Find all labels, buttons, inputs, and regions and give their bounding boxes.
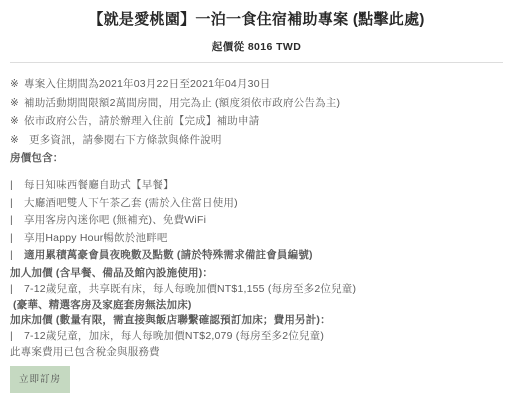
include-text: 每日知味西餐廳自助式【早餐】 [24, 177, 174, 195]
note-text: 補助活動期間限額2萬間房間，用完為止 (額度須依市政府公告為主) [24, 94, 340, 113]
extra-bed-item: | 7-12歲兒童，加床，每人每晚加價NT$2,079 (每房至多2位兒童) [10, 328, 503, 344]
note-marker: ※ [10, 112, 24, 131]
note-text: 專案入住期間為2021年03月22日至2021年04月30日 [24, 75, 270, 94]
promo-title[interactable]: 【就是愛桃園】一泊一食住宿補助專案 (點擊此處) [0, 0, 513, 30]
note-item: ※ 補助活動期間限額2萬間房間，用完為止 (額度須依市政府公告為主) [10, 94, 503, 113]
note-text: 依市政府公告，請於辦理入住前【完成】補助申請 [24, 112, 259, 131]
note-text: 更多資訊，請參閱右下方條款與條件說明 [24, 131, 222, 150]
surcharge-section: 加人加價 (含早餐、備品及館內設施使用)： | 7-12歲兒童，共享既有床，每人… [10, 265, 503, 360]
include-text: 適用累積萬豪會員夜晚數及點數 (請於特殊需求備註會員編號) [24, 247, 313, 265]
include-item: | 大廳酒吧雙人下午茶乙套 (需於入住當日使用) [10, 195, 503, 213]
divider [10, 62, 503, 63]
note-item: ※ 更多資訊，請參閱右下方條款與條件說明 [10, 131, 503, 150]
include-text: 享用Happy Hour暢飲於池畔吧 [24, 230, 168, 248]
include-item: | 享用客房內迷你吧 (無補充)、免費WiFi [10, 212, 503, 230]
promo-details: ※ 專案入住期間為2021年03月22日至2021年04月30日 ※ 補助活動期… [0, 75, 513, 393]
bullet-marker: | [10, 281, 24, 297]
include-item: | 享用Happy Hour暢飲於池畔吧 [10, 230, 503, 248]
room-includes-list: | 每日知味西餐廳自助式【早餐】 | 大廳酒吧雙人下午茶乙套 (需於入住當日使用… [10, 177, 503, 265]
bullet-marker: | [10, 328, 24, 344]
tax-note: 此專案費用已包含稅金與服務費 [10, 344, 503, 360]
notes-section: ※ 專案入住期間為2021年03月22日至2021年04月30日 ※ 補助活動期… [10, 75, 503, 149]
note-item: ※ 依市政府公告，請於辦理入住前【完成】補助申請 [10, 112, 503, 131]
extra-bed-text: 7-12歲兒童，加床，每人每晚加價NT$2,079 (每房至多2位兒童) [24, 328, 324, 344]
book-now-button[interactable]: 立即訂房 [10, 366, 70, 393]
price-from: 起價從 8016 TWD [0, 42, 513, 53]
include-text: 享用客房內迷你吧 (無補充)、免費WiFi [24, 212, 206, 230]
include-text: 大廳酒吧雙人下午茶乙套 (需於入住當日使用) [24, 195, 238, 213]
note-marker: ※ [10, 75, 24, 94]
note-marker: ※ [10, 131, 24, 150]
bullet-marker: | [10, 230, 24, 248]
bullet-marker: | [10, 212, 24, 230]
extra-bed-restriction-note: (豪華、精選客房及家庭套房無法加床) [10, 297, 503, 312]
bullet-marker: | [10, 247, 24, 265]
extra-person-heading: 加人加價 (含早餐、備品及館內設施使用)： [10, 265, 503, 281]
extra-person-item: | 7-12歲兒童，共享既有床，每人每晚加價NT$1,155 (每房至多2位兒童… [10, 281, 503, 297]
bullet-marker: | [10, 177, 24, 195]
extra-bed-heading: 加床加價 (數量有限，需直接與飯店聯繫確認預訂加床；費用另計)： [10, 312, 503, 328]
bullet-marker: | [10, 195, 24, 213]
room-includes-heading: 房價包含： [10, 149, 503, 167]
note-marker: ※ [10, 94, 24, 113]
include-item: | 每日知味西餐廳自助式【早餐】 [10, 177, 503, 195]
include-item: | 適用累積萬豪會員夜晚數及點數 (請於特殊需求備註會員編號) [10, 247, 503, 265]
note-item: ※ 專案入住期間為2021年03月22日至2021年04月30日 [10, 75, 503, 94]
promo-page: 【就是愛桃園】一泊一食住宿補助專案 (點擊此處) 起價從 8016 TWD ※ … [0, 0, 513, 397]
extra-person-text: 7-12歲兒童，共享既有床，每人每晚加價NT$1,155 (每房至多2位兒童) [24, 281, 356, 297]
